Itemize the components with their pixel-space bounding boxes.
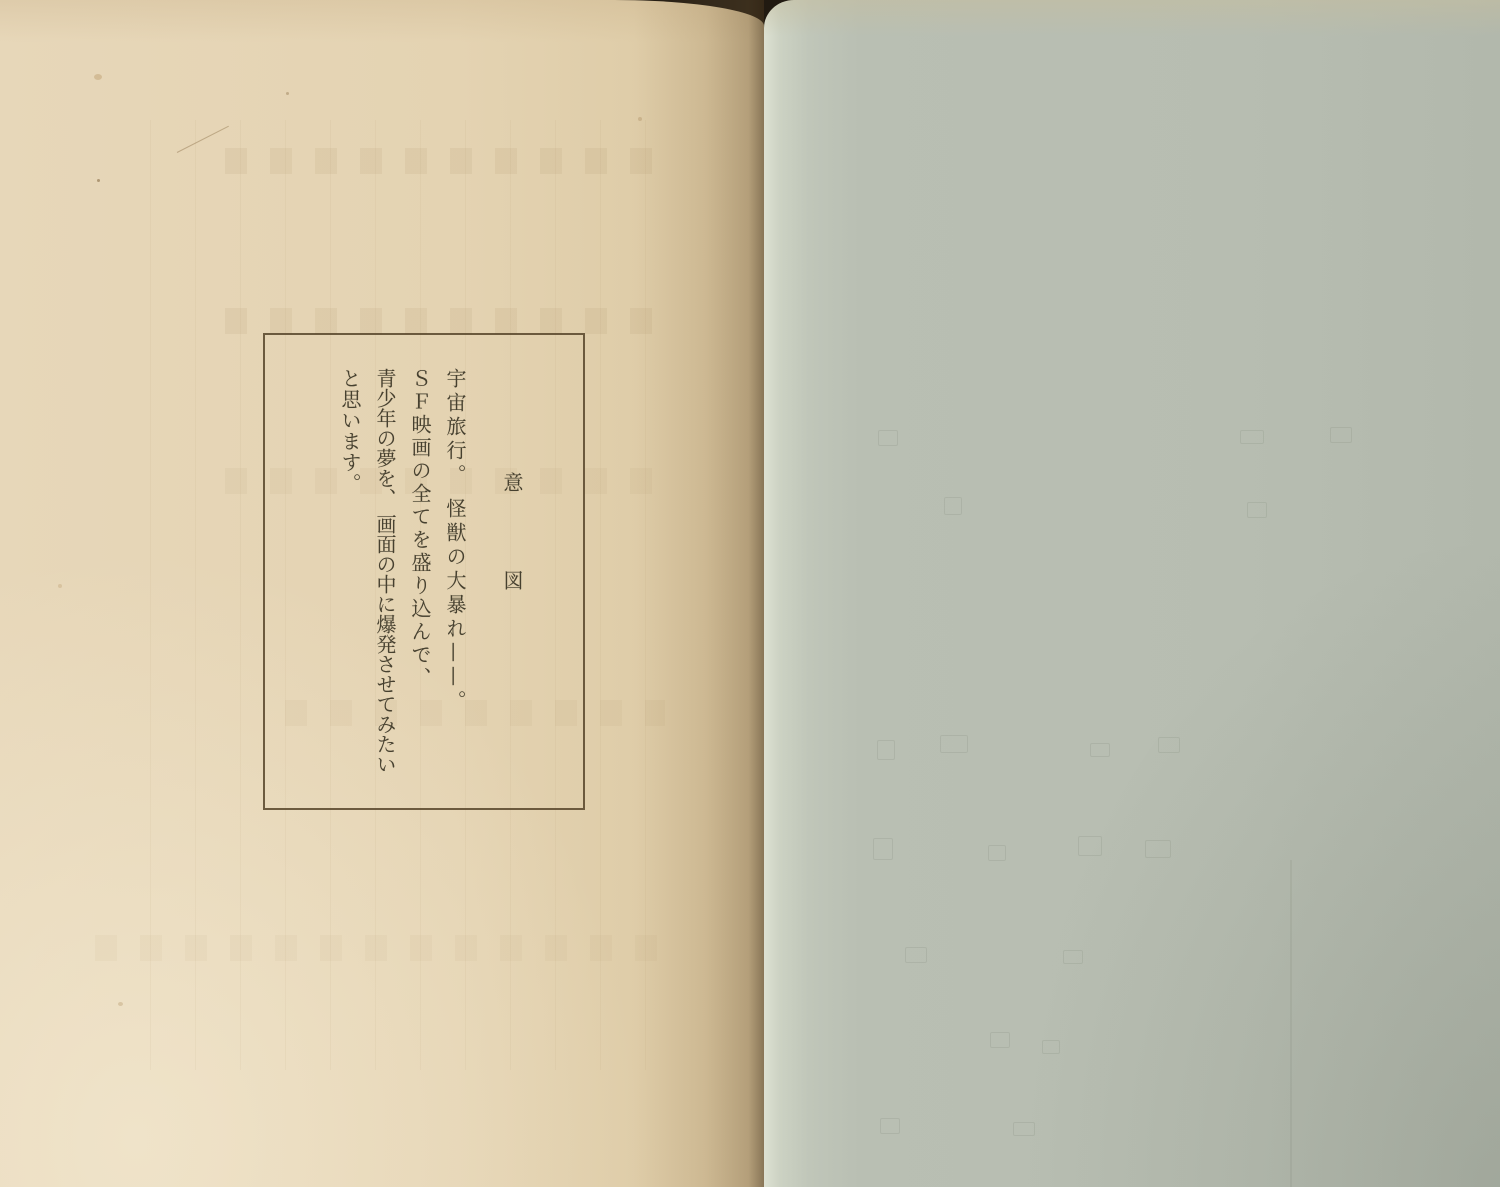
ghost-impression xyxy=(1013,1122,1035,1136)
ghost-impression xyxy=(1330,427,1352,443)
ghost-impression xyxy=(877,740,895,760)
paper-stain xyxy=(97,179,100,182)
ghost-impression xyxy=(905,947,927,963)
ghost-impression xyxy=(880,1118,900,1134)
ghost-impression xyxy=(1247,502,1267,518)
box-line-1: 宇宙旅行。怪獣の大暴れ——。 xyxy=(437,368,472,792)
show-through-row xyxy=(95,935,665,961)
intent-box: 意図 宇宙旅行。怪獣の大暴れ——。 ＳＦ映画の全てを盛り込んで、 青少年の夢を、… xyxy=(263,333,585,810)
ghost-impression xyxy=(1042,1040,1060,1054)
heading-char-bottom: 図 xyxy=(500,570,524,590)
left-page: 意図 宇宙旅行。怪獣の大暴れ——。 ＳＦ映画の全てを盛り込んで、 青少年の夢を、… xyxy=(0,0,764,1187)
box-line-4: と思います。 xyxy=(332,368,367,792)
ghost-impression xyxy=(944,497,962,515)
line3-segment-a: 青少年の夢を、 xyxy=(373,368,397,508)
paper-stain xyxy=(58,584,62,588)
ghost-impression xyxy=(1063,950,1083,964)
heading-char-top: 意 xyxy=(500,472,524,492)
ghost-impression xyxy=(873,838,893,860)
box-heading: 意図 xyxy=(494,368,529,792)
box-line-2: ＳＦ映画の全てを盛り込んで、 xyxy=(402,368,437,792)
ghost-impression xyxy=(1145,840,1171,858)
ghost-impression xyxy=(940,735,968,753)
paper-crease-streak xyxy=(1290,860,1292,1187)
ghost-impression xyxy=(990,1032,1010,1048)
paper-stain xyxy=(94,74,102,80)
show-through-row xyxy=(225,308,665,334)
intent-box-text: 意図 宇宙旅行。怪獣の大暴れ——。 ＳＦ映画の全てを盛り込んで、 青少年の夢を、… xyxy=(265,335,583,808)
book-spread: 意図 宇宙旅行。怪獣の大暴れ——。 ＳＦ映画の全てを盛り込んで、 青少年の夢を、… xyxy=(0,0,1500,1187)
gutter-shadow xyxy=(634,0,764,1187)
ghost-impression xyxy=(1240,430,1264,444)
ghost-impression xyxy=(1090,743,1110,757)
ghost-impression xyxy=(988,845,1006,861)
ghost-impression xyxy=(1078,836,1102,856)
show-through-row xyxy=(225,148,665,174)
line3-segment-b: 画面の中に爆発させてみたい xyxy=(373,514,397,774)
line1-segment-b: 怪獣の大暴れ——。 xyxy=(443,498,467,714)
paper-stain xyxy=(286,92,289,95)
right-page xyxy=(764,0,1500,1187)
paper-stain xyxy=(118,1002,123,1006)
ghost-impression xyxy=(1158,737,1180,753)
line1-segment-a: 宇宙旅行。 xyxy=(443,368,467,488)
ghost-impression xyxy=(878,430,898,446)
box-line-3: 青少年の夢を、画面の中に爆発させてみたい xyxy=(367,368,402,792)
